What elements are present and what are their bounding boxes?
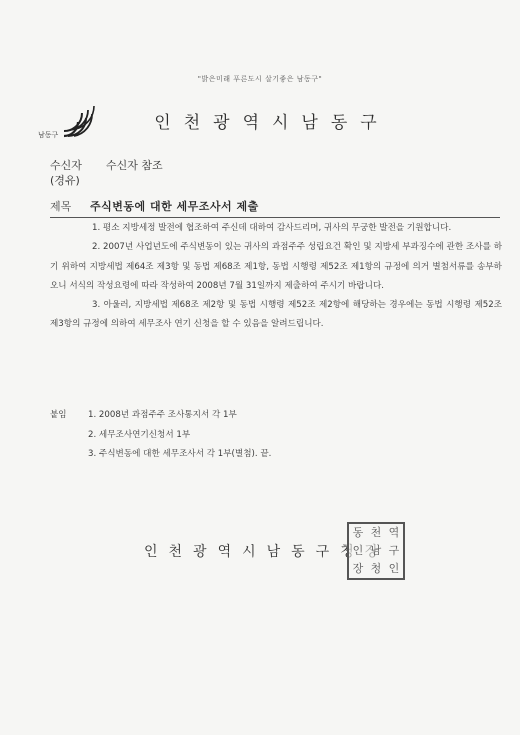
seal-char: 청 — [367, 560, 385, 578]
subject-label: 제목 — [50, 198, 90, 214]
document-body: 1. 평소 지방세정 발전에 협조하여 주신데 대하여 감사드리며, 귀사의 무… — [50, 219, 502, 335]
attachment-item: 3. 주식변동에 대한 세무조사서 각 1부(별첨). 끝. — [50, 445, 271, 465]
subject-value: 주식변동에 대한 세무조사서 제출 — [90, 200, 259, 213]
seal-char: 인 — [349, 542, 367, 560]
attachment-item: 1. 2008년 과점주주 조사통지서 각 1부 — [88, 410, 237, 420]
official-seal: 동 천 역 인 남 구 장 청 인 — [347, 522, 405, 580]
paragraph-2: 2. 2007년 사업년도에 주식변동이 있는 귀사의 과점주주 성립요건 확인… — [50, 238, 502, 296]
paragraph-1: 1. 평소 지방세정 발전에 협조하여 주신데 대하여 감사드리며, 귀사의 무… — [50, 219, 502, 238]
seal-char: 천 — [367, 524, 385, 542]
attachment-item: 2. 세무조사연기신청서 1부 — [50, 426, 271, 446]
seal-char: 인 — [385, 560, 403, 578]
seal-char: 구 — [385, 542, 403, 560]
seal-char: 동 — [349, 524, 367, 542]
attachments: 붙임1. 2008년 과점주주 조사통지서 각 1부 2. 세무조사연기신청서 … — [50, 406, 271, 465]
recipient-block: 수신자수신자 참조 (경유) — [50, 158, 163, 188]
slogan: "밝은미래 푸른도시 살기좋은 남동구" — [0, 74, 520, 84]
paragraph-3: 3. 아울러, 지방세법 제68조 제2항 및 동법 시행령 제52조 제2항에… — [50, 296, 502, 335]
seal-char: 역 — [385, 524, 403, 542]
document-page: "밝은미래 푸른도시 살기좋은 남동구" 남동구 인천광역시남동구 수신자수신자… — [0, 0, 520, 735]
via-label: (경유) — [50, 173, 163, 188]
seal-char: 남 — [367, 542, 385, 560]
recipient-value: 수신자 참조 — [106, 159, 163, 172]
attachments-label: 붙임 — [50, 406, 88, 426]
seal-char: 장 — [349, 560, 367, 578]
org-title: 인천광역시남동구 — [0, 108, 520, 133]
recipient-label: 수신자 — [50, 158, 106, 173]
subject-line: 제목주식변동에 대한 세무조사서 제출 — [50, 198, 500, 218]
